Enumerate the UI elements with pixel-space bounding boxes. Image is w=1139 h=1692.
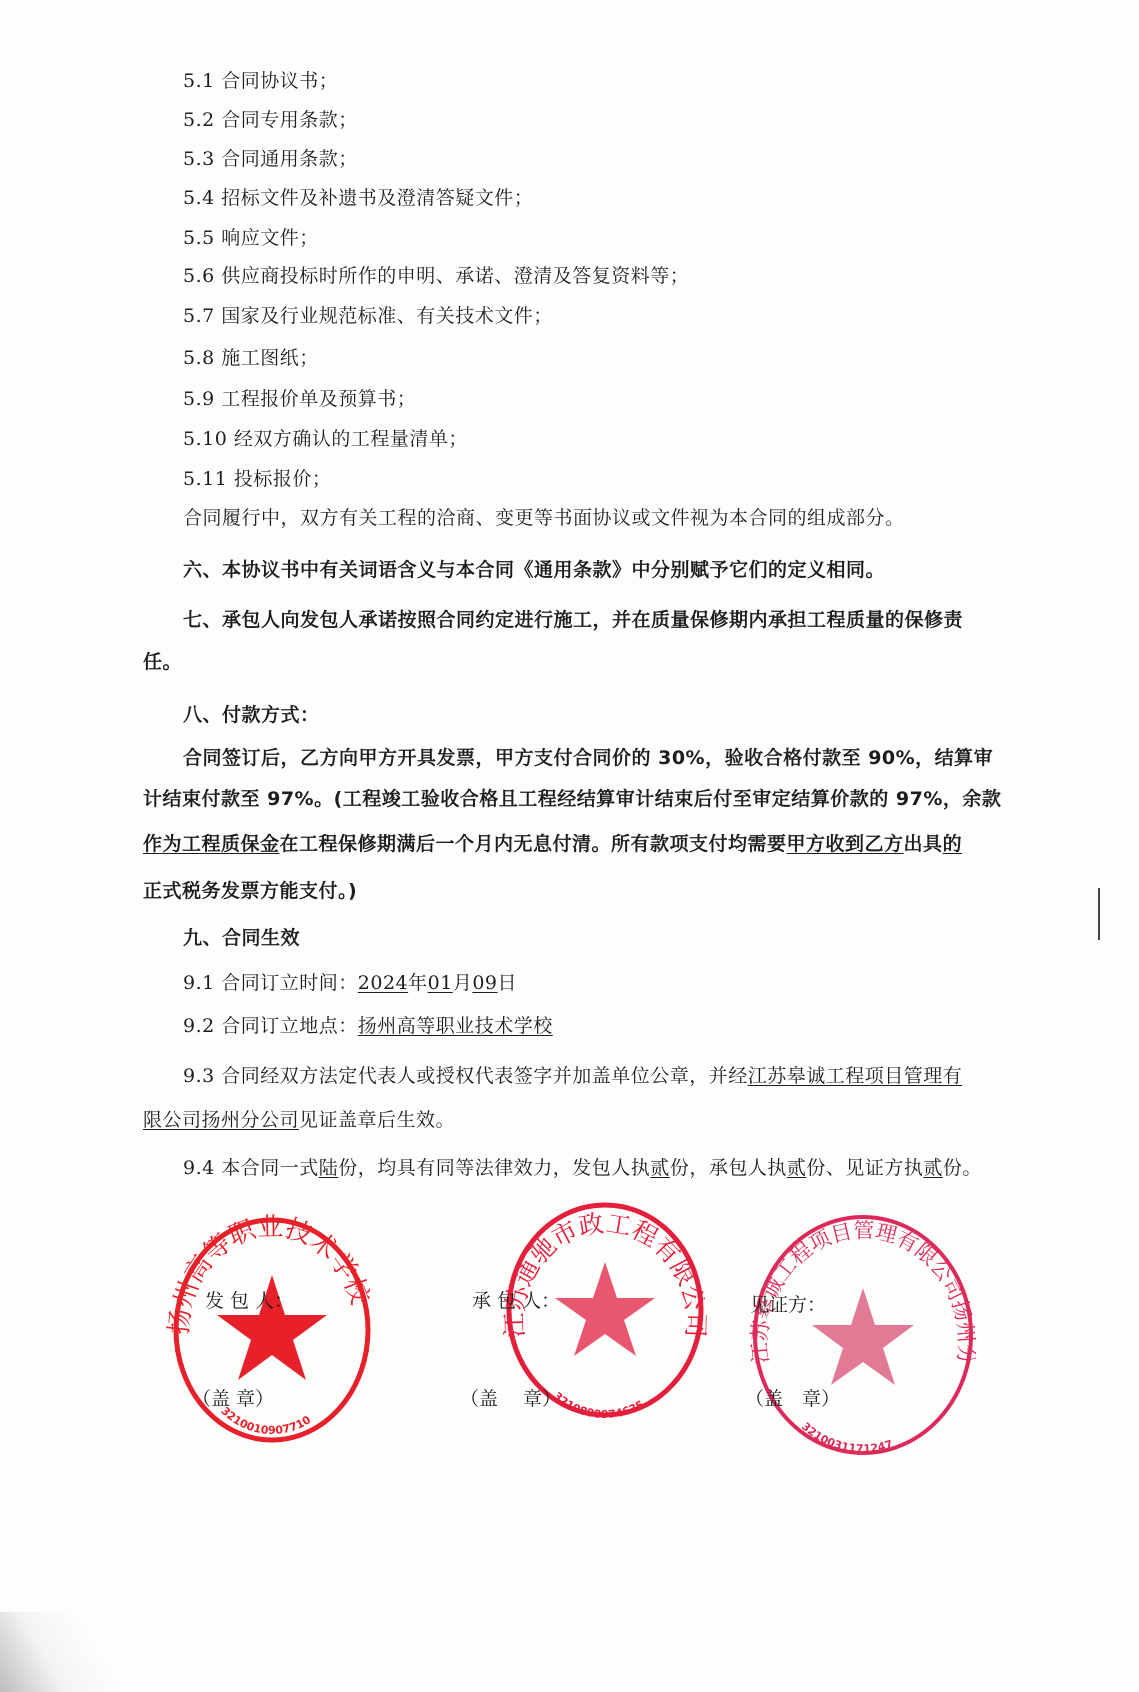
item-text: 经双方确认的工程量清单； — [234, 428, 468, 450]
clause5-note: 合同履行中，双方有关工程的洽商、变更等书面协议或文件视为本合同的组成部分。 — [183, 505, 905, 531]
stamp-code: 3210031171247 — [799, 1420, 894, 1456]
clause-9-1: 9.1 合同订立时间：2024年01月09日 — [183, 970, 517, 996]
item-text: 工程报价单及预算书； — [221, 388, 416, 410]
unit: 月 — [453, 972, 473, 994]
item-5-7: 5.7 国家及行业规范标准、有关技术文件； — [183, 303, 553, 329]
clause-9-4: 9.4 本合同一式陆份，均具有同等法律效力，发包人执贰份，承包人执贰份、见证方执… — [183, 1155, 982, 1181]
clause-8-line3: 作为工程质保金在工程保修期满后一个月内无息付清。所有款项支付均需要甲方收到乙方出… — [143, 831, 962, 857]
item-number: 5.4 — [183, 187, 215, 209]
text-segment: 见证盖章后生效。 — [299, 1109, 455, 1131]
item-number: 5.8 — [183, 347, 215, 369]
text-segment: 份，承包人执 — [670, 1157, 787, 1179]
item-text: 投标报价； — [234, 468, 332, 490]
item-5-8: 5.8 施工图纸； — [183, 345, 319, 371]
item-number: 5.1 — [183, 70, 215, 92]
item-5-3: 5.3 合同通用条款； — [183, 146, 358, 172]
witness-seal-stamp: 江苏皋诚工程项目管理有限公司扬州分公司 3210031171247 — [748, 1210, 978, 1464]
date-year: 2024 — [358, 972, 408, 994]
unit: 日 — [498, 972, 518, 994]
item-number: 5.7 — [183, 305, 215, 327]
item-number: 5.3 — [183, 148, 215, 170]
clause-6: 六、本协议书中有关词语含义与本合同《通用条款》中分别赋予它们的定义相同。 — [183, 557, 885, 583]
clause-7-line2: 任。 — [143, 649, 182, 675]
copies-witness: 贰 — [923, 1157, 943, 1179]
item-label: 9.1 合同订立时间： — [183, 972, 358, 994]
item-number: 5.9 — [183, 388, 215, 410]
signing-place: 扬州高等职业技术学校 — [358, 1015, 553, 1037]
item-5-11: 5.11 投标报价； — [183, 466, 331, 492]
margin-mark — [1098, 888, 1100, 940]
employer-seal-stamp: 扬州高等职业技术学校 3210010907710 — [172, 1215, 372, 1449]
clause-8-heading: 八、付款方式： — [183, 702, 320, 728]
text-segment: 份。 — [943, 1157, 982, 1179]
text-segment: 份、见证方执 — [806, 1157, 923, 1179]
clause-8-line4: 正式税务发票方能支付。) — [143, 878, 357, 904]
item-number: 5.10 — [183, 428, 227, 450]
item-5-4: 5.4 招标文件及补遗书及澄清答疑文件； — [183, 185, 533, 211]
item-text: 施工图纸； — [221, 347, 319, 369]
item-label: 9.2 合同订立地点： — [183, 1015, 358, 1037]
witness-label: 见证方： — [750, 1290, 826, 1317]
item-text: 合同通用条款； — [221, 148, 358, 170]
witness-seal-label: （盖 章） — [745, 1384, 840, 1411]
text-segment: 9.4 本合同一式 — [183, 1157, 319, 1179]
scan-shadow — [0, 1612, 120, 1692]
copies-contractor: 贰 — [787, 1157, 807, 1179]
item-text: 响应文件； — [221, 227, 319, 249]
item-number: 5.5 — [183, 227, 215, 249]
item-text: 供应商投标时所作的申明、承诺、澄清及答复资料等； — [221, 265, 689, 287]
item-number: 5.11 — [183, 468, 227, 490]
date-month: 01 — [428, 972, 453, 994]
copies-total: 陆 — [319, 1157, 339, 1179]
item-text: 合同专用条款； — [221, 109, 358, 131]
clause-9-3-line1: 9.3 合同经双方法定代表人或授权代表签字并加盖单位公章，并经江苏皋诚工程项目管… — [183, 1063, 962, 1089]
text-segment: 在工程保修期满后一个月内无息付清。所有款项支付均需要 — [280, 833, 787, 855]
item-5-2: 5.2 合同专用条款； — [183, 107, 358, 133]
item-text: 合同协议书； — [221, 70, 338, 92]
copies-employer: 贰 — [650, 1157, 670, 1179]
item-text: 招标文件及补遗书及澄清答疑文件； — [221, 187, 533, 209]
witness-name: 江苏皋诚工程项目管理有 — [748, 1065, 963, 1087]
contractor-seal-label: （盖 章） — [460, 1384, 561, 1411]
item-5-9: 5.9 工程报价单及预算书； — [183, 386, 416, 412]
date-day: 09 — [472, 972, 497, 994]
employer-seal-label: （盖 章） — [192, 1384, 274, 1411]
clause-9-3-line2: 限公司扬州分公司见证盖章后生效。 — [143, 1107, 455, 1133]
clause-9-heading: 九、合同生效 — [183, 925, 300, 951]
text-segment: 份，均具有同等法律效力，发包人执 — [338, 1157, 650, 1179]
clause-7-line1: 七、承包人向发包人承诺按照合同约定进行施工，并在质量保修期内承担工程质量的保修责 — [183, 607, 963, 633]
clause-9-2: 9.2 合同订立地点：扬州高等职业技术学校 — [183, 1013, 553, 1039]
item-5-5: 5.5 响应文件； — [183, 225, 319, 251]
item-5-1: 5.1 合同协议书； — [183, 68, 338, 94]
underlined-text: 作为工程质保金 — [143, 833, 280, 855]
item-5-6: 5.6 供应商投标时所作的申明、承诺、澄清及答复资料等； — [183, 263, 689, 289]
stamp-code: 3210800974635 — [551, 1389, 646, 1421]
item-text: 国家及行业规范标准、有关技术文件； — [221, 305, 553, 327]
text-segment: 9.3 合同经双方法定代表人或授权代表签字并加盖单位公章，并经 — [183, 1065, 748, 1087]
text-segment: 出具 — [904, 833, 943, 855]
item-5-10: 5.10 经双方确认的工程量清单； — [183, 426, 468, 452]
contract-page: 5.1 合同协议书； 5.2 合同专用条款； 5.3 合同通用条款； 5.4 招… — [0, 0, 1139, 1692]
underlined-text: 甲方收到乙方 — [787, 833, 904, 855]
witness-name: 限公司扬州分公司 — [143, 1109, 299, 1131]
unit: 年 — [408, 972, 428, 994]
svg-text:3210800974635: 3210800974635 — [551, 1389, 646, 1421]
item-number: 5.2 — [183, 109, 215, 131]
clause-8-line1: 合同签订后，乙方向甲方开具发票，甲方支付合同价的 30%，验收合格付款至 90%… — [183, 745, 993, 771]
employer-label: 发 包 人： — [205, 1286, 293, 1313]
underlined-text: 的 — [943, 833, 963, 855]
svg-text:3210031171247: 3210031171247 — [799, 1420, 894, 1456]
item-number: 5.6 — [183, 265, 215, 287]
contractor-label: 承 包 人： — [472, 1286, 560, 1313]
clause-8-line2: 计结束付款至 97%。(工程竣工验收合格且工程经结算审计结束后付至审定结算价款的… — [143, 786, 1001, 812]
